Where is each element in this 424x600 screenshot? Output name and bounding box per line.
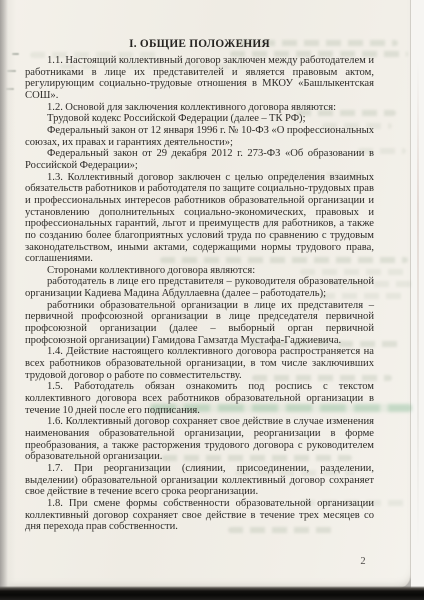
paragraph-1-5: 1.5. Работодатель обязан ознакомить под … [25, 381, 374, 416]
section-title: I. ОБЩИЕ ПОЛОЖЕНИЯ [25, 38, 374, 50]
paragraph-1-4: 1.4. Действие настоящего коллективного д… [25, 346, 374, 381]
paragraph-1-6: 1.6. Коллективный договор сохраняет свое… [25, 416, 374, 463]
paragraph-1-3: 1.3. Коллективный договор заключен с цел… [25, 172, 374, 265]
scanned-document-page: I. ОБЩИЕ ПОЛОЖЕНИЯ 1.1. Настоящий коллек… [0, 0, 424, 600]
list-item-fz-273: Федеральный закон от 29 декабря 2012 г. … [25, 148, 374, 171]
document-body: 1.1. Настоящий коллективный договор закл… [25, 55, 374, 533]
list-item-tk-rf: Трудовой кодекс Российской Федерации (да… [25, 113, 374, 125]
parties-intro: Сторонами коллективного договора являютс… [25, 265, 374, 277]
party-employees: работники образовательной организации в … [25, 300, 374, 347]
paper-sheet: I. ОБЩИЕ ПОЛОЖЕНИЯ 1.1. Настоящий коллек… [0, 0, 411, 588]
scan-bottom-band [0, 586, 424, 600]
page-number: 2 [355, 556, 371, 567]
list-item-fz-10: Федеральный закон от 12 января 1996 г. №… [25, 125, 374, 148]
document-content: I. ОБЩИЕ ПОЛОЖЕНИЯ 1.1. Настоящий коллек… [25, 38, 374, 533]
paragraph-1-7: 1.7. При реорганизации (слиянии, присоед… [25, 463, 374, 498]
paragraph-1-2: 1.2. Основой для заключения коллективног… [25, 102, 374, 114]
party-employer: работодатель в лице его представителя – … [25, 276, 374, 299]
scan-left-edge-shadow [0, 0, 16, 588]
paragraph-1-1: 1.1. Настоящий коллективный договор закл… [25, 55, 374, 102]
page-right-edge-area [411, 0, 424, 588]
paragraph-1-8: 1.8. При смене формы собственности образ… [25, 498, 374, 533]
